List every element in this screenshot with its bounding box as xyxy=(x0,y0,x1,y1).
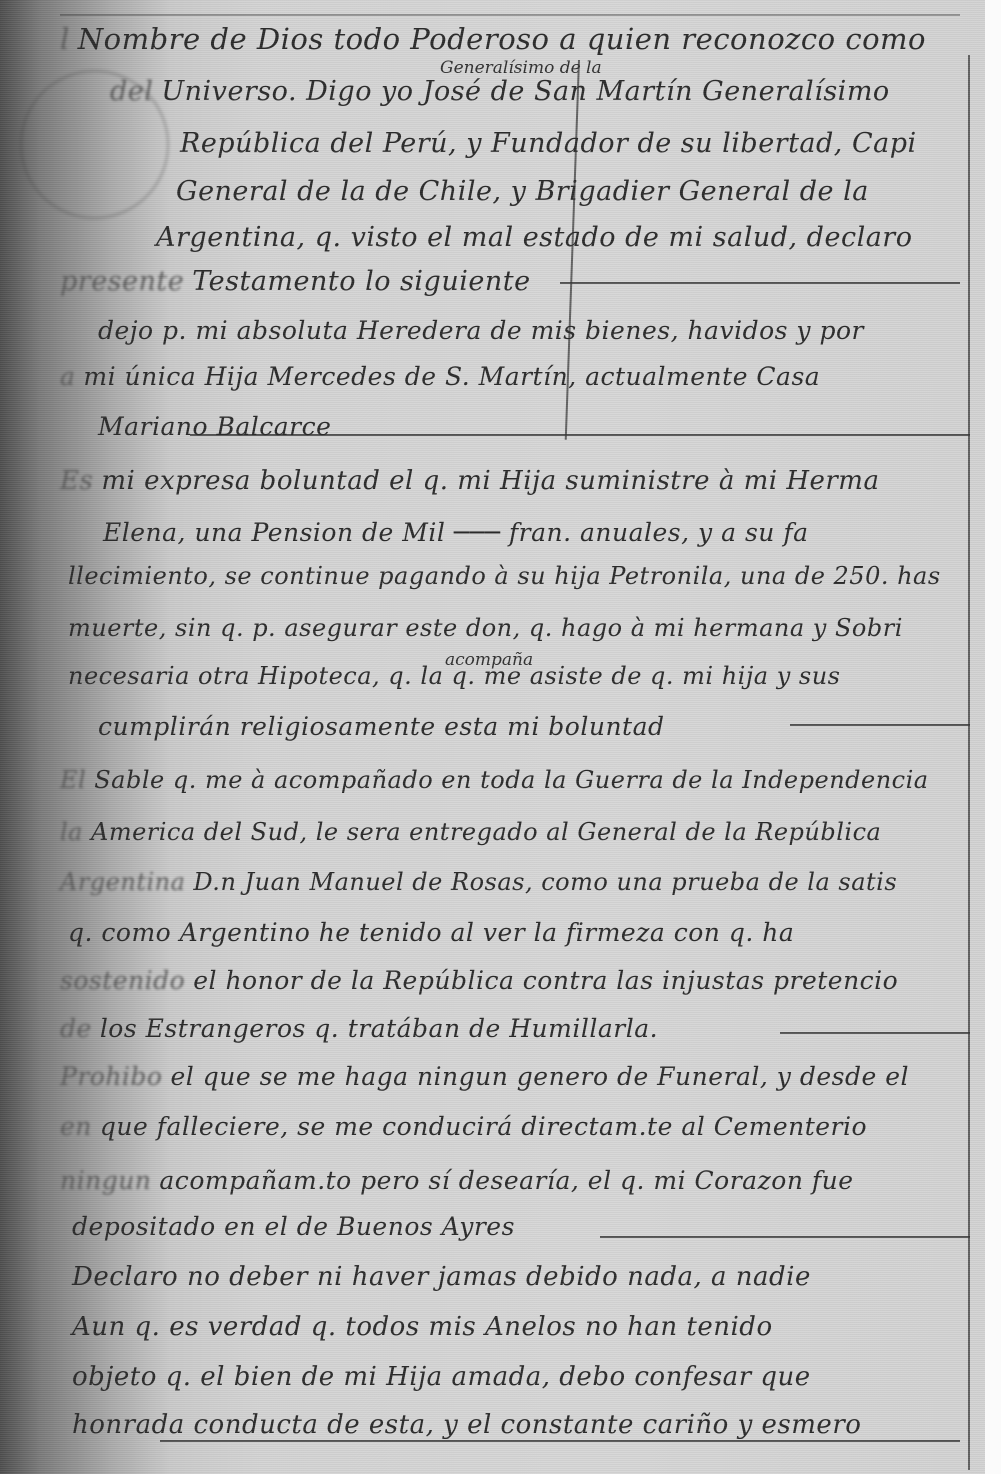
margin-text: Prohibo xyxy=(60,1062,162,1091)
line-text: llecimiento, se continue pagando à su hi… xyxy=(68,562,941,590)
line-text: honrada conducta de esta, y el constante… xyxy=(72,1410,861,1440)
line-text: Testamento lo siguiente xyxy=(192,266,530,297)
section-divider xyxy=(160,1440,960,1442)
line-text: dejo p. mi absoluta Heredera de mis bien… xyxy=(98,316,864,345)
manuscript-line: delos Estrangeros q. tratában de Humilla… xyxy=(60,1014,658,1043)
manuscript-line: laAmerica del Sud, le sera entregado al … xyxy=(60,818,881,846)
line-text: Sable q. me à acompañado en toda la Guer… xyxy=(94,766,928,794)
line-text: Argentina, q. visto el mal estado de mi … xyxy=(156,222,912,253)
manuscript-line: Argentina, q. visto el mal estado de mi … xyxy=(148,222,912,253)
margin-text: l xyxy=(60,22,70,56)
section-divider xyxy=(790,724,970,726)
line-text: Mariano Balcarce xyxy=(98,412,331,441)
margin-text: del xyxy=(110,76,153,107)
line-text: mi expresa boluntad el q. mi Hija sumini… xyxy=(101,466,879,496)
margin-text: Argentina xyxy=(60,868,185,896)
line-text: Declaro no deber ni haver jamas debido n… xyxy=(72,1262,811,1292)
margin-text: a xyxy=(60,362,75,391)
line-text: el que se me haga ningun genero de Funer… xyxy=(170,1062,909,1091)
manuscript-page: lNombre de Dios todo Poderoso a quien re… xyxy=(0,0,985,1474)
line-text: que falleciere, se me conducirá directam… xyxy=(100,1112,867,1141)
manuscript-line: enque falleciere, se me conducirá direct… xyxy=(60,1112,867,1141)
interlinear-insertion: Generalísimo de la xyxy=(440,58,602,78)
manuscript-line: llecimiento, se continue pagando à su hi… xyxy=(60,562,941,590)
manuscript-line: Aun q. es verdad q. todos mis Anelos no … xyxy=(64,1312,773,1342)
manuscript-line: lNombre de Dios todo Poderoso a quien re… xyxy=(60,22,926,56)
line-text: America del Sud, le sera entregado al Ge… xyxy=(91,818,881,846)
manuscript-line: ami única Hija Mercedes de S. Martín, ac… xyxy=(60,362,820,391)
manuscript-line: dejo p. mi absoluta Heredera de mis bien… xyxy=(90,316,864,345)
line-text: Aun q. es verdad q. todos mis Anelos no … xyxy=(72,1312,773,1342)
margin-text: Es xyxy=(60,466,93,496)
line-text: los Estrangeros q. tratában de Humillarl… xyxy=(100,1014,658,1043)
margin-text: sostenido xyxy=(60,966,185,995)
line-text: Nombre de Dios todo Poderoso a quien rec… xyxy=(78,22,926,56)
manuscript-line: cumplirán religiosamente esta mi bolunta… xyxy=(90,712,665,741)
manuscript-line: ElSable q. me à acompañado en toda la Gu… xyxy=(60,766,929,794)
section-divider xyxy=(780,1032,970,1034)
manuscript-line: muerte, sin q. p. asegurar este don, q. … xyxy=(60,614,903,642)
line-text: cumplirán religiosamente esta mi bolunta… xyxy=(98,712,665,741)
manuscript-line: Declaro no deber ni haver jamas debido n… xyxy=(64,1262,811,1292)
manuscript-line: honrada conducta de esta, y el constante… xyxy=(64,1410,861,1440)
line-text: muerte, sin q. p. asegurar este don, q. … xyxy=(68,614,903,642)
manuscript-line: Esmi expresa boluntad el q. mi Hija sumi… xyxy=(60,466,879,496)
scan-edge xyxy=(985,0,1001,1474)
section-divider xyxy=(600,1236,970,1238)
margin-text: de xyxy=(60,1014,92,1043)
right-margin-rule xyxy=(968,55,970,1470)
manuscript-line: Prohiboel que se me haga ningun genero d… xyxy=(60,1062,909,1091)
line-text: D.n Juan Manuel de Rosas, como una prueb… xyxy=(193,868,897,896)
manuscript-line: República del Perú, y Fundador de su lib… xyxy=(172,128,917,159)
margin-text: la xyxy=(60,818,83,846)
line-text: Universo. Digo yo José de San Martín Gen… xyxy=(161,76,889,107)
line-text: República del Perú, y Fundador de su lib… xyxy=(180,128,917,159)
manuscript-line: depositado en el de Buenos Ayres xyxy=(64,1212,515,1241)
section-divider xyxy=(560,282,960,284)
line-text: acompañam.to pero sí desearía, el q. mi … xyxy=(159,1166,853,1195)
line-text: Elena, una Pension de Mil ─── fran. anua… xyxy=(103,518,808,547)
manuscript-line: Mariano Balcarce xyxy=(90,412,331,441)
line-text: depositado en el de Buenos Ayres xyxy=(72,1212,515,1241)
manuscript-line: ningunacompañam.to pero sí desearía, el … xyxy=(60,1166,854,1195)
manuscript-line: sostenidoel honor de la República contra… xyxy=(60,966,898,995)
margin-text: El xyxy=(60,766,86,794)
margin-text: presente xyxy=(60,266,184,297)
line-text: q. como Argentino he tenido al ver la fi… xyxy=(68,918,794,947)
line-text: General de la de Chile, y Brigadier Gene… xyxy=(176,176,869,207)
line-text: objeto q. el bien de mi Hija amada, debo… xyxy=(72,1362,811,1392)
manuscript-line: presenteTestamento lo siguiente xyxy=(60,266,531,297)
top-rule xyxy=(60,14,960,16)
line-text: el honor de la República contra las inju… xyxy=(193,966,898,995)
margin-text: ningun xyxy=(60,1166,151,1195)
manuscript-line: delUniverso. Digo yo José de San Martín … xyxy=(110,76,890,107)
manuscript-line: Elena, una Pension de Mil ─── fran. anua… xyxy=(95,518,808,547)
manuscript-line: ArgentinaD.n Juan Manuel de Rosas, como … xyxy=(60,868,897,896)
manuscript-line: q. como Argentino he tenido al ver la fi… xyxy=(60,918,794,947)
margin-text: en xyxy=(60,1112,92,1141)
line-text: mi única Hija Mercedes de S. Martín, act… xyxy=(83,362,820,391)
manuscript-line: objeto q. el bien de mi Hija amada, debo… xyxy=(64,1362,811,1392)
interlinear-insertion: acompaña xyxy=(445,650,533,670)
manuscript-line: General de la de Chile, y Brigadier Gene… xyxy=(168,176,869,207)
